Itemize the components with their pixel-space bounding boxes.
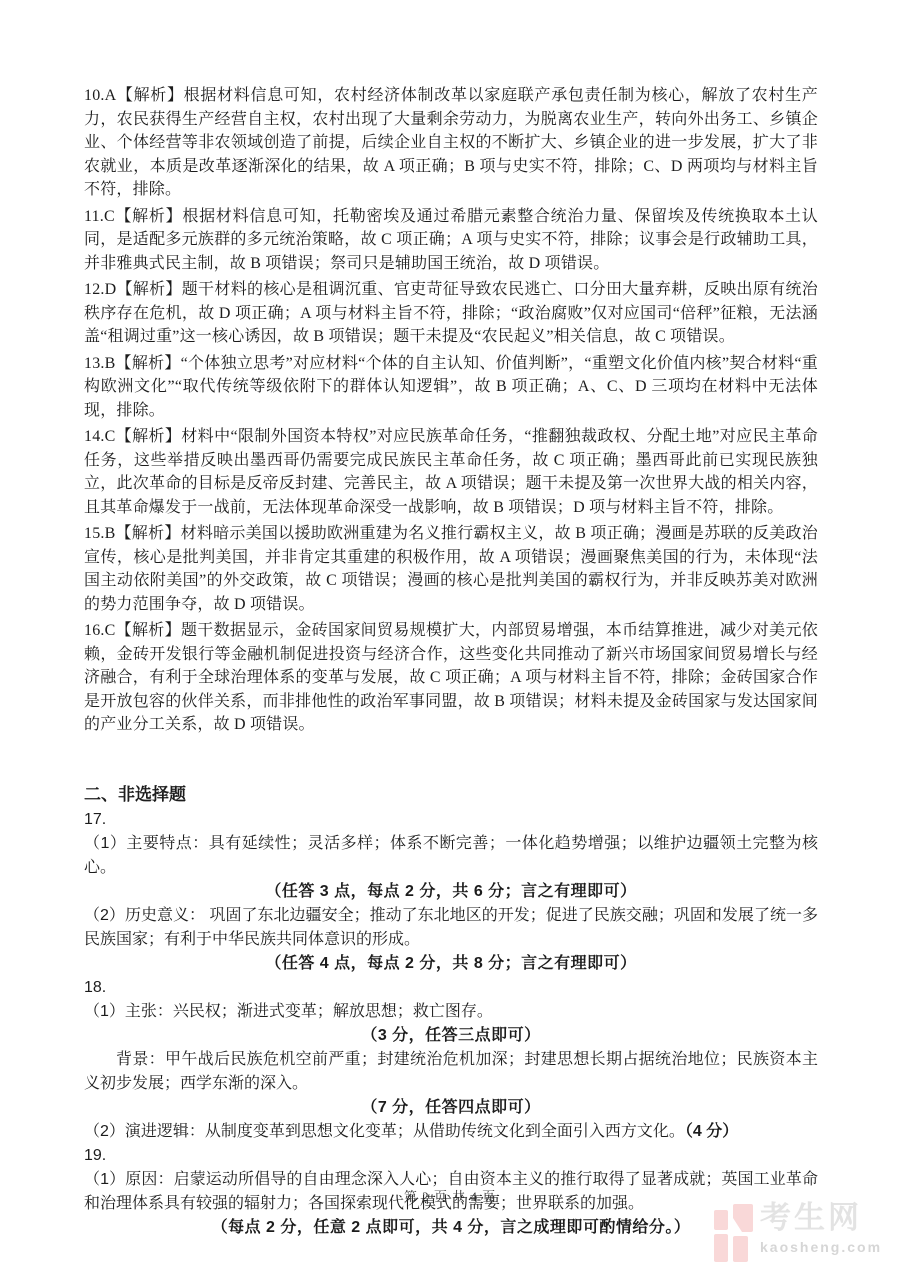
answer-line: 背景：甲午战后民族危机空前严重；封建统治危机加深；封建思想长期占据统治地位；民族… bbox=[84, 1048, 818, 1096]
explanation-paragraph: 15.B【解析】材料暗示美国以援助欧洲重建为名义推行霸权主义，故 B 项正确；漫… bbox=[84, 522, 818, 616]
watermark-text: 考生网 kaosheng.com bbox=[760, 1200, 882, 1256]
section-heading: 二、非选择题 bbox=[84, 782, 818, 808]
watermark-en-label: kaosheng.com bbox=[760, 1238, 882, 1256]
logo-block bbox=[714, 1234, 728, 1262]
page-content: 10.A【解析】根据材料信息可知，农村经济体制改革以家庭联产承包责任制为核心，解… bbox=[84, 84, 818, 1240]
score-note: （每点 2 分，任意 2 点即可，共 4 分，言之成理即可酌情给分。） bbox=[84, 1216, 818, 1240]
explanation-paragraph: 16.C【解析】题干数据显示，金砖国家间贸易规模扩大，内部贸易增强，本币结算推进… bbox=[84, 619, 818, 737]
document-page: 10.A【解析】根据材料信息可知，农村经济体制改革以家庭联产承包责任制为核心，解… bbox=[0, 0, 900, 1273]
logo-block bbox=[733, 1236, 748, 1262]
score-note: （任答 4 点，每点 2 分，共 8 分；言之有理即可） bbox=[84, 952, 818, 976]
question-number: 19. bbox=[84, 1144, 818, 1168]
score-inline: （4 分） bbox=[685, 1123, 738, 1140]
answers-section: 二、非选择题 17.（1）主要特点：具有延续性；灵活多样；体系不断完善；一体化趋… bbox=[84, 782, 818, 1240]
answer-line: （1）主张：兴民权；渐进式变革；解放思想；救亡图存。 bbox=[84, 1000, 818, 1024]
question-number: 17. bbox=[84, 808, 818, 832]
explanation-paragraph: 14.C【解析】材料中“限制外国资本特权”对应民族革命任务，“推翻独裁政权、分配… bbox=[84, 425, 818, 519]
logo-block bbox=[733, 1204, 753, 1232]
score-note: （任答 3 点，每点 2 分，共 6 分；言之有理即可） bbox=[84, 880, 818, 904]
question-number: 18. bbox=[84, 976, 818, 1000]
explanation-paragraph: 12.D【解析】题干材料的核心是租调沉重、官吏苛征导致农民逃亡、口分田大量弃耕，… bbox=[84, 278, 818, 349]
kaosheng-logo-icon bbox=[712, 1204, 754, 1266]
explanations-section: 10.A【解析】根据材料信息可知，农村经济体制改革以家庭联产承包责任制为核心，解… bbox=[84, 84, 818, 737]
answer-line: （1）主要特点：具有延续性；灵活多样；体系不断完善；一体化趋势增强；以维护边疆领… bbox=[84, 832, 818, 880]
watermark-cn-label: 考生网 bbox=[760, 1200, 882, 1236]
logo-block bbox=[714, 1210, 728, 1230]
score-note: （3 分，任答三点即可） bbox=[84, 1024, 818, 1048]
answer-line: （2）演进逻辑：从制度变革到思想文化变革；从借助传统文化到全面引入西方文化。（4… bbox=[84, 1120, 818, 1144]
explanation-paragraph: 10.A【解析】根据材料信息可知，农村经济体制改革以家庭联产承包责任制为核心，解… bbox=[84, 84, 818, 202]
explanation-paragraph: 13.B【解析】“个体独立思考”对应材料“个体的自主认知、价值判断”，“重塑文化… bbox=[84, 352, 818, 423]
explanations-list: 10.A【解析】根据材料信息可知，农村经济体制改革以家庭联产承包责任制为核心，解… bbox=[84, 84, 818, 737]
explanation-paragraph: 11.C【解析】根据材料信息可知，托勒密埃及通过希腊元素整合统治力量、保留埃及传… bbox=[84, 205, 818, 276]
kaosheng-watermark: 考生网 kaosheng.com bbox=[712, 1200, 892, 1266]
answer-blocks: 17.（1）主要特点：具有延续性；灵活多样；体系不断完善；一体化趋势增强；以维护… bbox=[84, 808, 818, 1240]
answer-line: （2）历史意义： 巩固了东北边疆安全；推动了东北地区的开发；促进了民族交融；巩固… bbox=[84, 904, 818, 952]
score-note: （7 分，任答四点即可） bbox=[84, 1096, 818, 1120]
